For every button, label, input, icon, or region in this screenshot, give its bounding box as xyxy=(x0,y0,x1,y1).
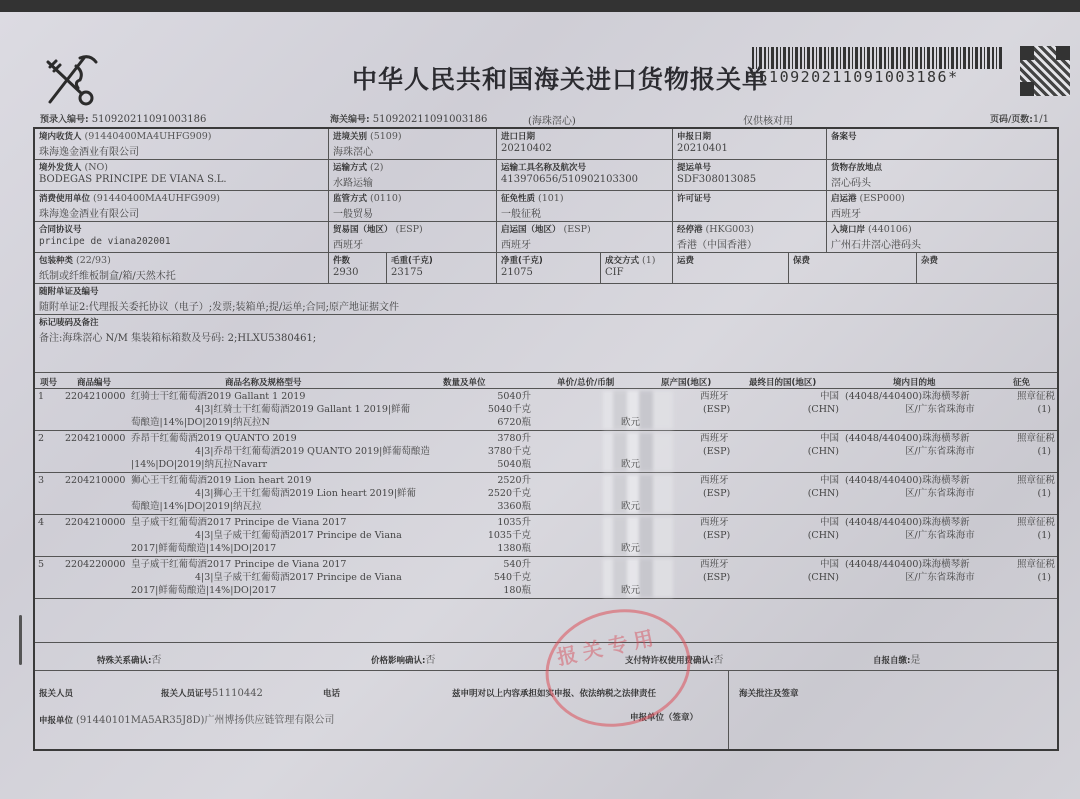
item-quantity: 180瓶 xyxy=(503,584,531,597)
items-table-header: 项号 商品编号 商品名称及规格型号 数量及单位 单价/总价/币制 原产国(地区)… xyxy=(35,373,1057,389)
customs-number: 海关编号: 510920211091003186 xyxy=(330,112,487,125)
table-row: 12204210000红骑士干红葡萄酒2019 Gallant 1 20194|… xyxy=(35,389,1057,431)
shipper-cell: 境外发货人 (NO) BODEGAS PRINCIPE DE VIANA S.L… xyxy=(35,160,329,190)
form-row-1: 境内收货人 (91440400MA4UHFG909) 珠海逸金酒业有限公司 进境… xyxy=(35,129,1057,160)
item-origin-country: 西班牙 xyxy=(700,432,729,445)
item-currency: 欧元 xyxy=(621,584,640,597)
item-domestic-dest-2: 区/广东省珠海市 xyxy=(905,529,975,542)
storage-cell: 货物存放地点 滘心码头 xyxy=(827,160,1057,190)
window-top-bar xyxy=(0,0,1080,12)
table-row: 52204220000皇子威干红葡萄酒2017 Principe de Vian… xyxy=(35,557,1057,599)
item-hs-code: 2204210000 xyxy=(65,516,125,529)
item-domestic-dest-2: 区/广东省珠海市 xyxy=(905,403,975,416)
item-domestic-dest-2: 区/广东省珠海市 xyxy=(905,571,975,584)
supervision-cell: 监管方式 (0110) 一般贸易 xyxy=(329,191,497,221)
item-name-line: 4|3|狮心王干红葡萄酒2019 Lion heart 2019|鲜葡 xyxy=(195,487,416,500)
item-quantity: 1035升 xyxy=(497,516,531,529)
table-row: 42204210000皇子威干红葡萄酒2017 Principe de Vian… xyxy=(35,515,1057,557)
entry-customs-cell: 进境关别 (5109) 海珠滘心 xyxy=(329,129,497,159)
item-levy: 照章征税 xyxy=(1017,390,1055,403)
item-name-line: 4|3|皇子威干红葡萄酒2017 Principe de Viana xyxy=(195,571,402,584)
phone-label: 电话 xyxy=(323,687,340,699)
declare-date-cell: 申报日期 20210401 xyxy=(673,129,827,159)
special-relation-confirm: 特殊关系确认:否 xyxy=(97,651,161,666)
item-levy: 照章征税 xyxy=(1017,516,1055,529)
item-name-line: 狮心王干红葡萄酒2019 Lion heart 2019 xyxy=(131,474,311,487)
item-levy-code: (1) xyxy=(1038,403,1051,416)
item-domestic-dest-2: 区/广东省珠海市 xyxy=(905,487,975,500)
item-hs-code: 2204210000 xyxy=(65,432,125,445)
item-quantity: 3780千克 xyxy=(488,445,531,458)
item-hs-code: 2204210000 xyxy=(65,474,125,487)
table-row: 22204210000乔昂干红葡萄酒2019 QUANTO 20194|3|乔昂… xyxy=(35,431,1057,473)
item-dest-code: (CHN) xyxy=(808,571,839,584)
entry-port-cell: 入境口岸 (440106) 广州石井滘心港码头 xyxy=(827,222,1057,252)
item-no: 3 xyxy=(38,474,44,487)
consumer-cell: 消费使用单位 (91440400MA4UHFG909) 珠海逸金酒业有限公司 xyxy=(35,191,329,221)
item-domestic-dest: (44048/440400)珠海横琴新 xyxy=(845,558,970,571)
item-dest-code: (CHN) xyxy=(808,445,839,458)
item-quantity: 1380瓶 xyxy=(497,542,531,555)
pieces-cell: 件数 2930 xyxy=(329,253,387,283)
bill-no-cell: 提运单号 SDF308013085 xyxy=(673,160,827,190)
item-name-line: 2017|鲜葡萄酿造|14%|DO|2017 xyxy=(131,584,276,597)
item-quantity: 5040千克 xyxy=(488,403,531,416)
item-levy: 照章征税 xyxy=(1017,432,1055,445)
form-row-4: 合同协议号 principe de viana202001 贸易国（地区） (E… xyxy=(35,222,1057,253)
gross-weight-cell: 毛重(千克) 23175 xyxy=(387,253,497,283)
item-name-line: 4|3|皇子威干红葡萄酒2017 Principe de Viana xyxy=(195,529,402,542)
item-name-line: 皇子威干红葡萄酒2017 Principe de Viana 2017 xyxy=(131,558,346,571)
item-name-line: 红骑士干红葡萄酒2019 Gallant 1 2019 xyxy=(131,390,305,403)
page-count: 页码/页数:1/1 xyxy=(990,112,1049,125)
item-quantity: 2520千克 xyxy=(488,487,531,500)
item-origin-country: 西班牙 xyxy=(700,474,729,487)
item-hs-code: 2204220000 xyxy=(65,558,125,571)
departure-port-cell: 启运港 (ESP000) 西班牙 xyxy=(827,191,1057,221)
vessel-cell: 运输工具名称及航次号 413970656/510902103300 xyxy=(497,160,673,190)
declarant-label: 报关人员 xyxy=(39,687,73,699)
item-domestic-dest: (44048/440400)珠海横琴新 xyxy=(845,474,970,487)
import-date-cell: 进口日期 20210402 xyxy=(497,129,673,159)
form-row-2: 境外发货人 (NO) BODEGAS PRINCIPE DE VIANA S.L… xyxy=(35,160,1057,191)
item-quantity: 3780升 xyxy=(497,432,531,445)
insurance-cell: 保费 xyxy=(789,253,917,283)
item-name-line: 4|3|红骑士干红葡萄酒2019 Gallant 1 2019|鲜葡 xyxy=(195,403,410,416)
contract-cell: 合同协议号 principe de viana202001 xyxy=(35,222,329,252)
verify-note: 仅供核对用 xyxy=(743,112,793,127)
item-levy-code: (1) xyxy=(1038,487,1051,500)
form-row-5: 包装种类 (22/93) 纸制或纤维板制盒/箱/天然木托 件数 2930 毛重(… xyxy=(35,253,1057,284)
declaration-form: 境内收货人 (91440400MA4UHFG909) 珠海逸金酒业有限公司 进境… xyxy=(33,127,1059,751)
freight-cell: 运费 xyxy=(673,253,789,283)
item-name-line: 4|3|乔昂干红葡萄酒2019 QUANTO 2019|鲜葡萄酿造 xyxy=(195,445,430,458)
item-no: 5 xyxy=(38,558,44,571)
item-name-line: 皇子威干红葡萄酒2017 Principe de Viana 2017 xyxy=(131,516,346,529)
item-origin-country: 西班牙 xyxy=(700,516,729,529)
remarks-row: 标记唛码及备注 备注:海珠滘心 N/M 集装箱标箱数及号码: 2;HLXU538… xyxy=(35,315,1057,373)
package-cell: 包装种类 (22/93) 纸制或纤维板制盒/箱/天然木托 xyxy=(35,253,329,283)
transit-port-cell: 经停港 (HKG003) 香港（中国香港） xyxy=(673,222,827,252)
customs-emblem-icon xyxy=(40,52,100,107)
document-title: 中华人民共和国海关进口货物报关单 xyxy=(352,60,768,96)
item-domestic-dest: (44048/440400)珠海横琴新 xyxy=(845,432,970,445)
item-currency: 欧元 xyxy=(621,416,640,429)
item-quantity: 3360瓶 xyxy=(497,500,531,513)
item-currency: 欧元 xyxy=(621,500,640,513)
trade-country-cell: 贸易国（地区） (ESP) 西班牙 xyxy=(329,222,497,252)
self-declare-confirm: 自报自缴:是 xyxy=(873,651,920,666)
item-origin-country: 西班牙 xyxy=(700,390,729,403)
item-domestic-dest-2: 区/广东省珠海市 xyxy=(905,445,975,458)
item-quantity: 5040升 xyxy=(497,390,531,403)
consignee-cell: 境内收货人 (91440400MA4UHFG909) 珠海逸金酒业有限公司 xyxy=(35,129,329,159)
item-name-line: 乔昂干红葡萄酒2019 QUANTO 2019 xyxy=(131,432,297,445)
table-row: 32204210000狮心王干红葡萄酒2019 Lion heart 20194… xyxy=(35,473,1057,515)
misc-fee-cell: 杂费 xyxy=(917,253,1057,283)
customs-office-note: (海珠滘心) xyxy=(528,112,576,127)
item-dest-code: (CHN) xyxy=(808,529,839,542)
item-quantity: 1035千克 xyxy=(488,529,531,542)
item-no: 2 xyxy=(38,432,44,445)
item-no: 4 xyxy=(38,516,44,529)
item-origin-code: (ESP) xyxy=(703,487,730,500)
qr-code-icon xyxy=(1020,46,1070,96)
form-row-3: 消费使用单位 (91440400MA4UHFG909) 珠海逸金酒业有限公司 监… xyxy=(35,191,1057,222)
item-name-line: 萄酿造|14%|DO|2019|纳瓦拉 xyxy=(131,500,262,513)
item-dest-code: (CHN) xyxy=(808,403,839,416)
levy-nature-cell: 征免性质 (101) 一般征税 xyxy=(497,191,673,221)
items-blank-row xyxy=(35,599,1057,643)
item-levy-code: (1) xyxy=(1038,445,1051,458)
declarant-cert: 报关人员证号51110442 xyxy=(161,687,263,699)
net-weight-cell: 净重(千克) 21075 xyxy=(497,253,601,283)
item-quantity: 540千克 xyxy=(494,571,531,584)
item-quantity: 5040瓶 xyxy=(497,458,531,471)
item-levy-code: (1) xyxy=(1038,571,1051,584)
origin-country-cell: 启运国（地区） (ESP) 西班牙 xyxy=(497,222,673,252)
item-currency: 欧元 xyxy=(621,458,640,471)
barcode-text: *510920211091003186* xyxy=(748,68,959,86)
scroll-indicator[interactable] xyxy=(19,615,22,665)
item-domestic-dest: (44048/440400)珠海横琴新 xyxy=(845,390,970,403)
pre-entry-number: 预录入编号: 510920211091003186 xyxy=(40,112,206,125)
item-levy: 照章征税 xyxy=(1017,558,1055,571)
item-dest-country: 中国 xyxy=(820,474,839,487)
attachments-row: 随附单证及编号 随附单证2:代理报关委托协议（电子）;发票;装箱单;提/运单;合… xyxy=(35,284,1057,315)
item-origin-code: (ESP) xyxy=(703,445,730,458)
item-dest-code: (CHN) xyxy=(808,487,839,500)
deal-mode-cell: 成交方式 (1) CIF xyxy=(601,253,673,283)
item-origin-code: (ESP) xyxy=(703,571,730,584)
price-influence-confirm: 价格影响确认:否 xyxy=(371,651,435,666)
item-name-line: |14%|DO|2019|纳瓦拉Navarr xyxy=(131,458,267,471)
item-domestic-dest: (44048/440400)珠海横琴新 xyxy=(845,516,970,529)
item-dest-country: 中国 xyxy=(820,516,839,529)
item-origin-code: (ESP) xyxy=(703,403,730,416)
record-no-cell: 备案号 xyxy=(827,129,1057,159)
item-currency: 欧元 xyxy=(621,542,640,555)
license-cell: 许可证号 xyxy=(673,191,827,221)
item-no: 1 xyxy=(38,390,44,403)
item-levy-code: (1) xyxy=(1038,529,1051,542)
item-hs-code: 2204210000 xyxy=(65,390,125,403)
item-origin-country: 西班牙 xyxy=(700,558,729,571)
item-dest-country: 中国 xyxy=(820,390,839,403)
item-dest-country: 中国 xyxy=(820,558,839,571)
item-name-line: 2017|鲜葡萄酿造|14%|DO|2017 xyxy=(131,542,276,555)
item-quantity: 2520升 xyxy=(497,474,531,487)
transport-mode-cell: 运输方式 (2) 水路运输 xyxy=(329,160,497,190)
item-quantity: 6720瓶 xyxy=(497,416,531,429)
item-origin-code: (ESP) xyxy=(703,529,730,542)
item-quantity: 540升 xyxy=(503,558,531,571)
declaring-unit: 申报单位 (91440101MA5AR35J8D)广州博扬供应链管理有限公司 xyxy=(39,711,334,726)
barcode xyxy=(752,47,1004,69)
item-levy: 照章征税 xyxy=(1017,474,1055,487)
item-name-line: 萄酿造|14%|DO|2019|纳瓦拉N xyxy=(131,416,270,429)
customs-approval-label: 海关批注及签章 xyxy=(739,687,799,699)
item-dest-country: 中国 xyxy=(820,432,839,445)
